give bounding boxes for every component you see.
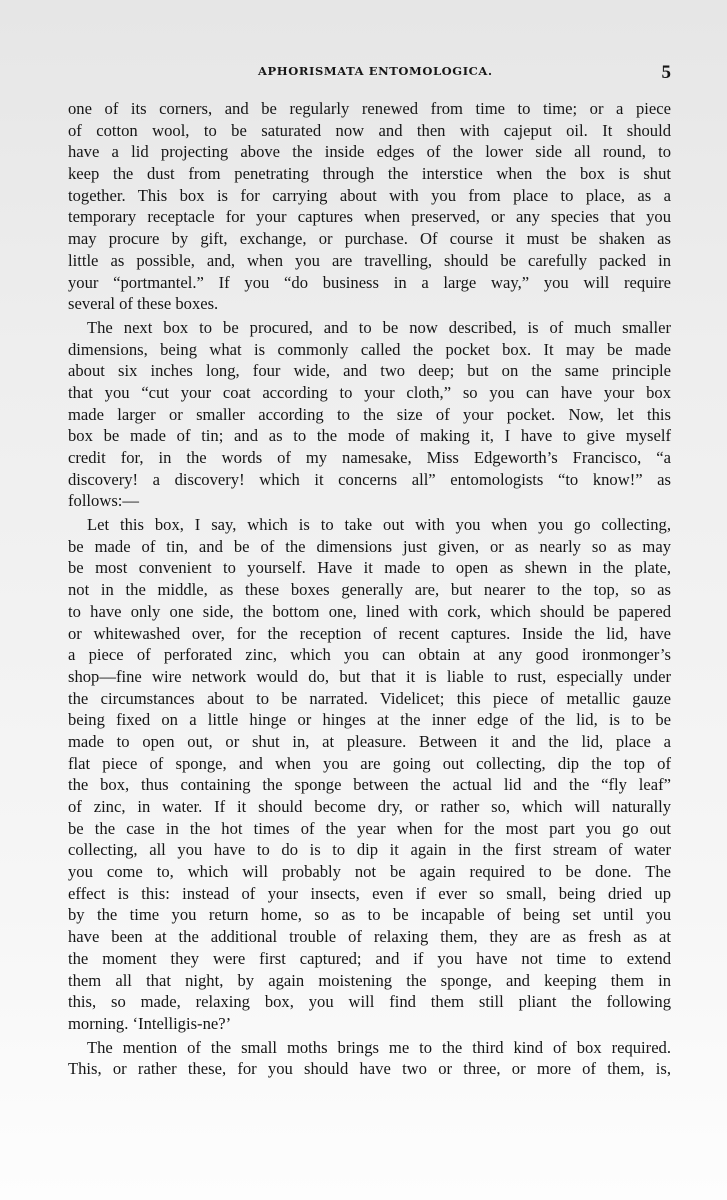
- text-line: made to open out, or shut in, at pleasur…: [68, 731, 671, 753]
- book-page: APHORISMATA ENTOMOLOGICA. 5 one of its c…: [0, 0, 727, 1200]
- paragraph: The next box to be procured, and to be n…: [68, 317, 671, 512]
- running-head: APHORISMATA ENTOMOLOGICA. 5: [68, 62, 671, 84]
- body-text: one of its corners, and be regularly ren…: [68, 98, 671, 1080]
- text-line: have a lid projecting above the inside e…: [68, 141, 671, 163]
- text-line: be made of tin, and be of the dimensions…: [68, 536, 671, 558]
- text-line: by the time you return home, so as to be…: [68, 904, 671, 926]
- text-line: you come to, which will probably not be …: [68, 861, 671, 883]
- text-line: of zinc, in water. If it should become d…: [68, 796, 671, 818]
- text-line: several of these boxes.: [68, 293, 671, 315]
- text-line: morning. ‘Intelligis-ne?’: [68, 1013, 671, 1035]
- text-line: not in the middle, as these boxes genera…: [68, 579, 671, 601]
- text-line: them all that night, by again moistening…: [68, 970, 671, 992]
- text-line: together. This box is for carrying about…: [68, 185, 671, 207]
- text-line: being fixed on a little hinge or hinges …: [68, 709, 671, 731]
- text-line: made larger or smaller according to the …: [68, 404, 671, 426]
- text-line: be most convenient to yourself. Have it …: [68, 557, 671, 579]
- text-line: this, so made, relaxing box, you will fi…: [68, 991, 671, 1013]
- page-number: 5: [662, 62, 672, 84]
- text-line: the circumstances about to be narrated. …: [68, 688, 671, 710]
- text-line: This, or rather these, for you should ha…: [68, 1058, 671, 1080]
- text-line: to have only one side, the bottom one, l…: [68, 601, 671, 623]
- text-line: box be made of tin; and as to the mode o…: [68, 425, 671, 447]
- text-line: about six inches long, four wide, and tw…: [68, 360, 671, 382]
- text-line: temporary receptacle for your captures w…: [68, 206, 671, 228]
- text-line: follows:—: [68, 490, 671, 512]
- paragraph: The mention of the small moths brings me…: [68, 1037, 671, 1080]
- text-line: may procure by gift, exchange, or purcha…: [68, 228, 671, 250]
- text-line: shop—fine wire network would do, but tha…: [68, 666, 671, 688]
- text-line: your “portmantel.” If you “do business i…: [68, 272, 671, 294]
- text-line: credit for, in the words of my namesake,…: [68, 447, 671, 469]
- text-line: discovery! a discovery! which it concern…: [68, 469, 671, 491]
- text-line: effect is this: instead of your insects,…: [68, 883, 671, 905]
- text-line: dimensions, being what is commonly calle…: [68, 339, 671, 361]
- text-line: The mention of the small moths brings me…: [68, 1037, 671, 1059]
- text-line: little as possible, and, when you are tr…: [68, 250, 671, 272]
- running-title: APHORISMATA ENTOMOLOGICA.: [258, 64, 493, 78]
- text-line: collecting, all you have to do is to dip…: [68, 839, 671, 861]
- text-line: or whitewashed over, for the reception o…: [68, 623, 671, 645]
- text-line: one of its corners, and be regularly ren…: [68, 98, 671, 120]
- text-line: that you “cut your coat according to you…: [68, 382, 671, 404]
- text-line: have been at the additional trouble of r…: [68, 926, 671, 948]
- text-line: be the case in the hot times of the year…: [68, 818, 671, 840]
- text-line: of cotton wool, to be saturated now and …: [68, 120, 671, 142]
- text-line: Let this box, I say, which is to take ou…: [68, 514, 671, 536]
- text-line: flat piece of sponge, and when you are g…: [68, 753, 671, 775]
- text-line: The next box to be procured, and to be n…: [68, 317, 671, 339]
- text-line: keep the dust from penetrating through t…: [68, 163, 671, 185]
- text-line: the moment they were first captured; and…: [68, 948, 671, 970]
- paragraph: Let this box, I say, which is to take ou…: [68, 514, 671, 1035]
- text-line: a piece of perforated zinc, which you ca…: [68, 644, 671, 666]
- text-line: the box, thus containing the sponge betw…: [68, 774, 671, 796]
- paragraph: one of its corners, and be regularly ren…: [68, 98, 671, 315]
